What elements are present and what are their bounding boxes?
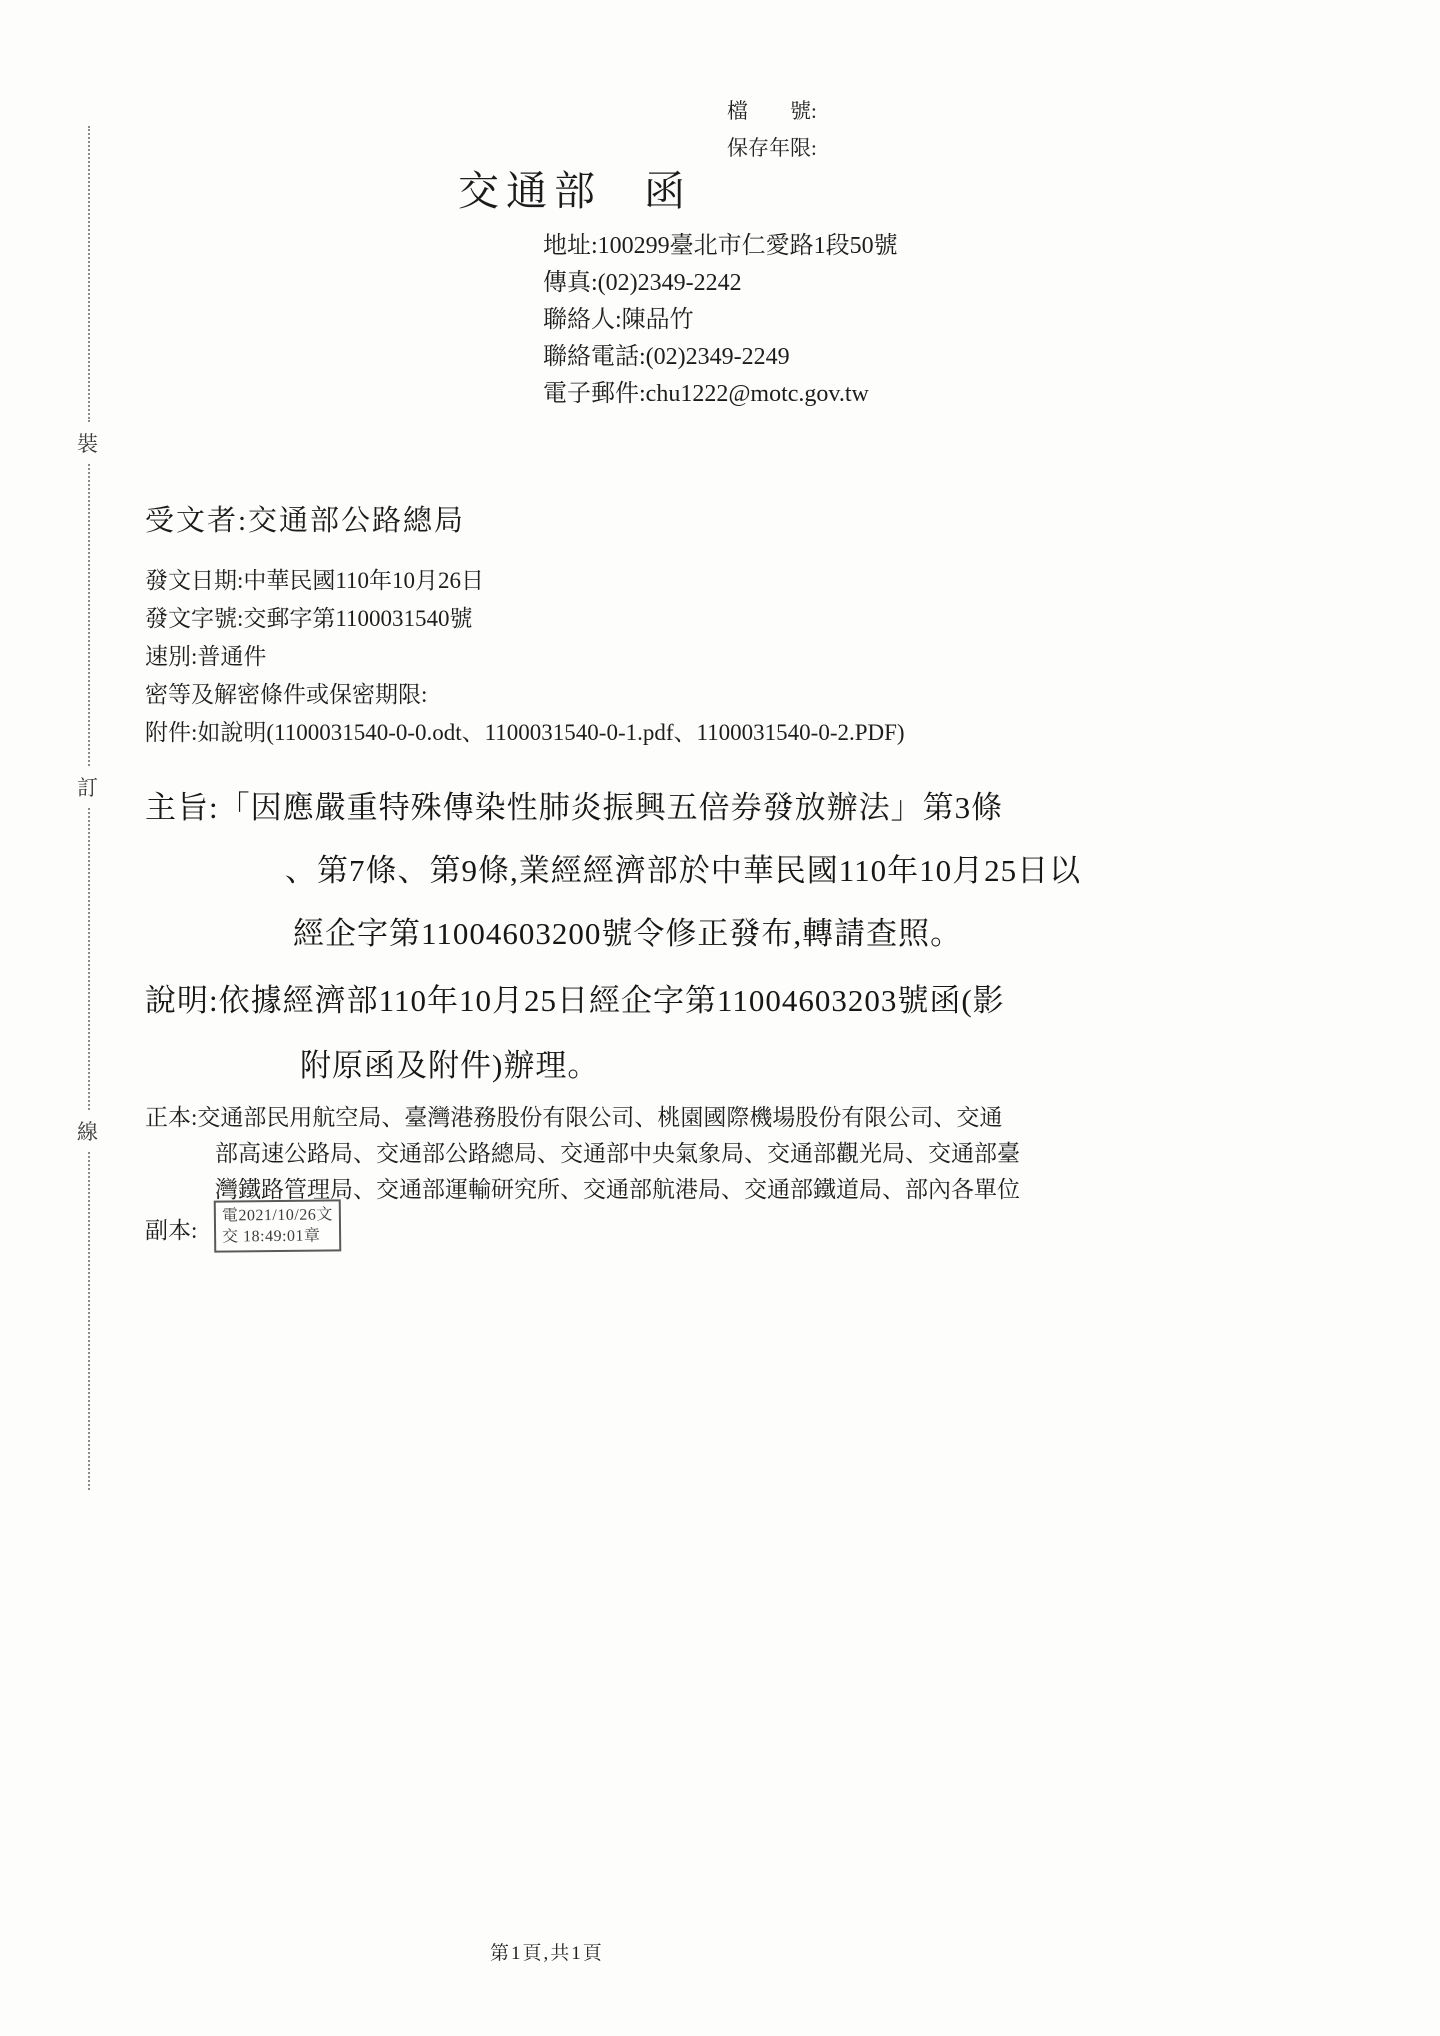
document-title: 交通部函	[458, 158, 692, 217]
binding-dotted-line	[88, 126, 90, 422]
original-copies-text-1: 交通部民用航空局、臺灣港務股份有限公司、桃園國際機場股份有限公司、交通	[197, 1105, 1002, 1130]
official-letter-page: 裝 訂 線 檔 號: 保存年限: 交通部函 地址:100299臺北市仁愛路1段5…	[0, 0, 1440, 2036]
meta-block: 發文日期:中華民國110年10月26日 發文字號:交郵字第1100031540號…	[145, 562, 905, 752]
subject-section: 主旨:「因應嚴重特殊傳染性肺炎振興五倍券發放辦法」第3條 、第7條、第9條,業經…	[145, 776, 1081, 965]
description-section: 說明:依據經濟部110年10月25日經企字第11004603203號函(影 附原…	[145, 968, 1005, 1098]
stamp-date-line: 電2021/10/26文	[222, 1204, 333, 1226]
contact-address: 地址:100299臺北市仁愛路1段50號	[543, 228, 898, 265]
subject-text-1: 「因應嚴重特殊傳染性肺炎振興五倍券發放辦法」第3條	[219, 790, 1004, 825]
doc-number-line: 發文字號:交郵字第1100031540號	[145, 600, 905, 638]
contact-block: 地址:100299臺北市仁愛路1段50號 傳真:(02)2349-2242 聯絡…	[543, 228, 898, 413]
title-organization: 交通部	[458, 168, 602, 214]
contact-fax: 傳真:(02)2349-2242	[543, 265, 898, 302]
binding-dotted-line	[88, 808, 90, 1110]
margin-label-binding: 裝	[77, 428, 98, 458]
stamp-time-line: 交 18:49:01章	[222, 1225, 333, 1247]
subject-line-1: 主旨:「因應嚴重特殊傳染性肺炎振興五倍券發放辦法」第3條	[145, 776, 1081, 839]
file-number-label: 檔 號:	[727, 93, 817, 130]
binding-dotted-line	[88, 464, 90, 766]
title-doc-type: 函	[644, 168, 692, 214]
electronic-exchange-stamp: 電2021/10/26文 交 18:49:01章	[214, 1199, 341, 1252]
subject-line-2: 、第7條、第9條,業經經濟部於中華民國110年10月25日以	[285, 839, 1081, 902]
original-copies-label: 正本:	[145, 1105, 197, 1130]
contact-email: 電子郵件:chu1222@motc.gov.tw	[543, 376, 898, 413]
page-number-footer: 第1頁,共1頁	[490, 1938, 604, 1965]
cc-copies-label: 副本:	[145, 1212, 197, 1245]
retention-label: 保存年限:	[727, 130, 817, 167]
contact-phone: 聯絡電話:(02)2349-2249	[543, 339, 898, 376]
subject-label: 主旨:	[145, 790, 219, 825]
description-text-1: 依據經濟部110年10月25日經企字第11004603203號函(影	[219, 983, 1005, 1018]
recipient-line: 受文者:交通部公路總局	[145, 498, 465, 539]
margin-label-staple: 訂	[77, 772, 98, 802]
contact-person: 聯絡人:陳品竹	[543, 302, 898, 339]
description-line-2: 附原函及附件)辦理。	[300, 1033, 1005, 1098]
issue-date-line: 發文日期:中華民國110年10月26日	[145, 562, 905, 600]
file-number-block: 檔 號: 保存年限:	[727, 93, 817, 167]
original-copies-line-1: 正本:交通部民用航空局、臺灣港務股份有限公司、桃園國際機場股份有限公司、交通	[145, 1100, 1020, 1136]
margin-label-thread: 線	[77, 1116, 98, 1146]
priority-line: 速別:普通件	[145, 638, 905, 676]
description-label: 說明:	[145, 983, 219, 1018]
original-copies-section: 正本:交通部民用航空局、臺灣港務股份有限公司、桃園國際機場股份有限公司、交通 部…	[145, 1100, 1020, 1208]
subject-line-3: 經企字第11004603200號令修正發布,轉請查照。	[293, 902, 1081, 965]
security-line: 密等及解密條件或保密期限:	[145, 676, 905, 714]
description-line-1: 說明:依據經濟部110年10月25日經企字第11004603203號函(影	[145, 968, 1005, 1033]
binding-dotted-line	[88, 1152, 90, 1490]
attachments-line: 附件:如說明(1100031540-0-0.odt、1100031540-0-1…	[145, 714, 905, 752]
original-copies-line-2: 部高速公路局、交通部公路總局、交通部中央氣象局、交通部觀光局、交通部臺	[215, 1136, 1020, 1172]
